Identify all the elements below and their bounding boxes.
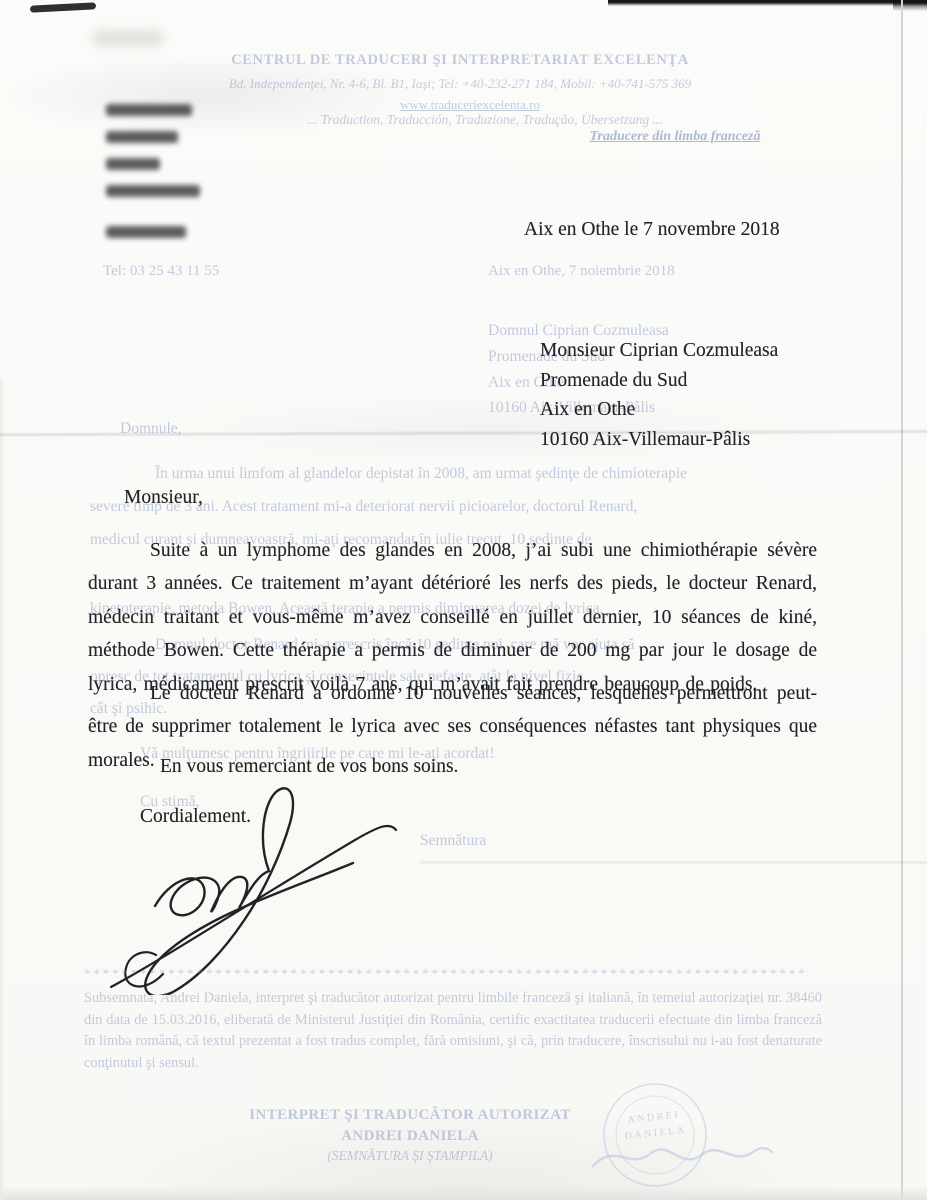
bleed-body-ro-line2: severe timp de 3 ani. Acest tratament mi… — [90, 498, 850, 516]
recipient-postal: 10160 Aix-Villemaur-Pâlis — [540, 425, 778, 455]
scan-edge-right-line — [901, 0, 903, 1200]
bleed-certification-text: Subsemnata, Andrei Daniela, interpret şi… — [84, 988, 822, 1074]
redacted-sender-phone — [106, 226, 186, 238]
salutation: Monsieur, — [124, 487, 203, 509]
recipient-name: Monsieur Ciprian Cozmuleasa — [540, 336, 778, 366]
fold-crease-lower — [420, 858, 927, 867]
bleed-separator-asterisks: ****************************************… — [84, 966, 808, 981]
recipient-street: Promenade du Sud — [540, 366, 778, 396]
bleed-authorization-line2: ANDREI DANIELA — [210, 1128, 610, 1145]
bleed-signature-label-ro: Semnătura — [420, 832, 486, 850]
body-paragraph-1: Suite à un lymphome des glandes en 2008,… — [88, 534, 817, 701]
bleed-salutation-ro: Domnule, — [120, 420, 182, 438]
bleed-translation-note: Traducere din limba franceză — [555, 129, 795, 145]
scan-edge-left — [0, 380, 5, 1200]
stamp-name-top: ANDREI — [627, 1109, 681, 1125]
paper-clip-shadow — [92, 30, 164, 46]
bleed-body-ro-line1: În urma unui limfom al glandelor depista… — [155, 465, 875, 483]
recipient-block: Monsieur Ciprian Cozmuleasa Promenade du… — [540, 336, 778, 454]
redacted-sender-line-1 — [106, 104, 192, 116]
letter-date: Aix en Othe le 7 novembre 2018 — [524, 219, 780, 241]
scan-edge-top — [608, 0, 927, 6]
bleed-company-website: www.traduceriexcelenta.ro — [300, 97, 640, 113]
bleed-authorization-line1: INTERPRET ŞI TRADUCĂTOR AUTORIZAT — [210, 1107, 610, 1124]
recipient-city: Aix en Othe — [540, 395, 778, 425]
bleed-languages-line: ... Traduction, Traducción, Traduzione, … — [205, 112, 765, 128]
bleed-date-ro: Aix en Othe, 7 noiembrie 2018 — [488, 263, 675, 280]
redacted-sender-line-4 — [106, 185, 200, 197]
scan-edge-top-right-corner — [893, 0, 927, 11]
translator-stamp: ANDREI DANIELA — [575, 1078, 790, 1196]
thanks-line: En vous remerciant de vos bons soins. — [160, 756, 458, 778]
redacted-sender-line-2 — [106, 131, 178, 143]
redacted-sender-line-3 — [106, 158, 160, 170]
scanned-letter-page: CENTRUL DE TRADUCERI ŞI INTERPRETARIAT E… — [0, 0, 927, 1200]
paper-clip-mark — [30, 2, 96, 12]
handwritten-signature — [105, 780, 405, 995]
bleed-sender-tel: Tel: 03 25 43 11 55 — [103, 263, 219, 280]
stamp-name-bottom: DANIELA — [624, 1125, 687, 1142]
bleed-authorization-line3: (SEMNĂTURA ŞI ŞTAMPILA) — [210, 1148, 610, 1164]
bleed-company-address: Bd. Independenţei, Nr. 4-6, Bl. B1, Iaşi… — [140, 76, 780, 92]
bleed-company-name: CENTRUL DE TRADUCERI ŞI INTERPRETARIAT E… — [170, 52, 750, 69]
